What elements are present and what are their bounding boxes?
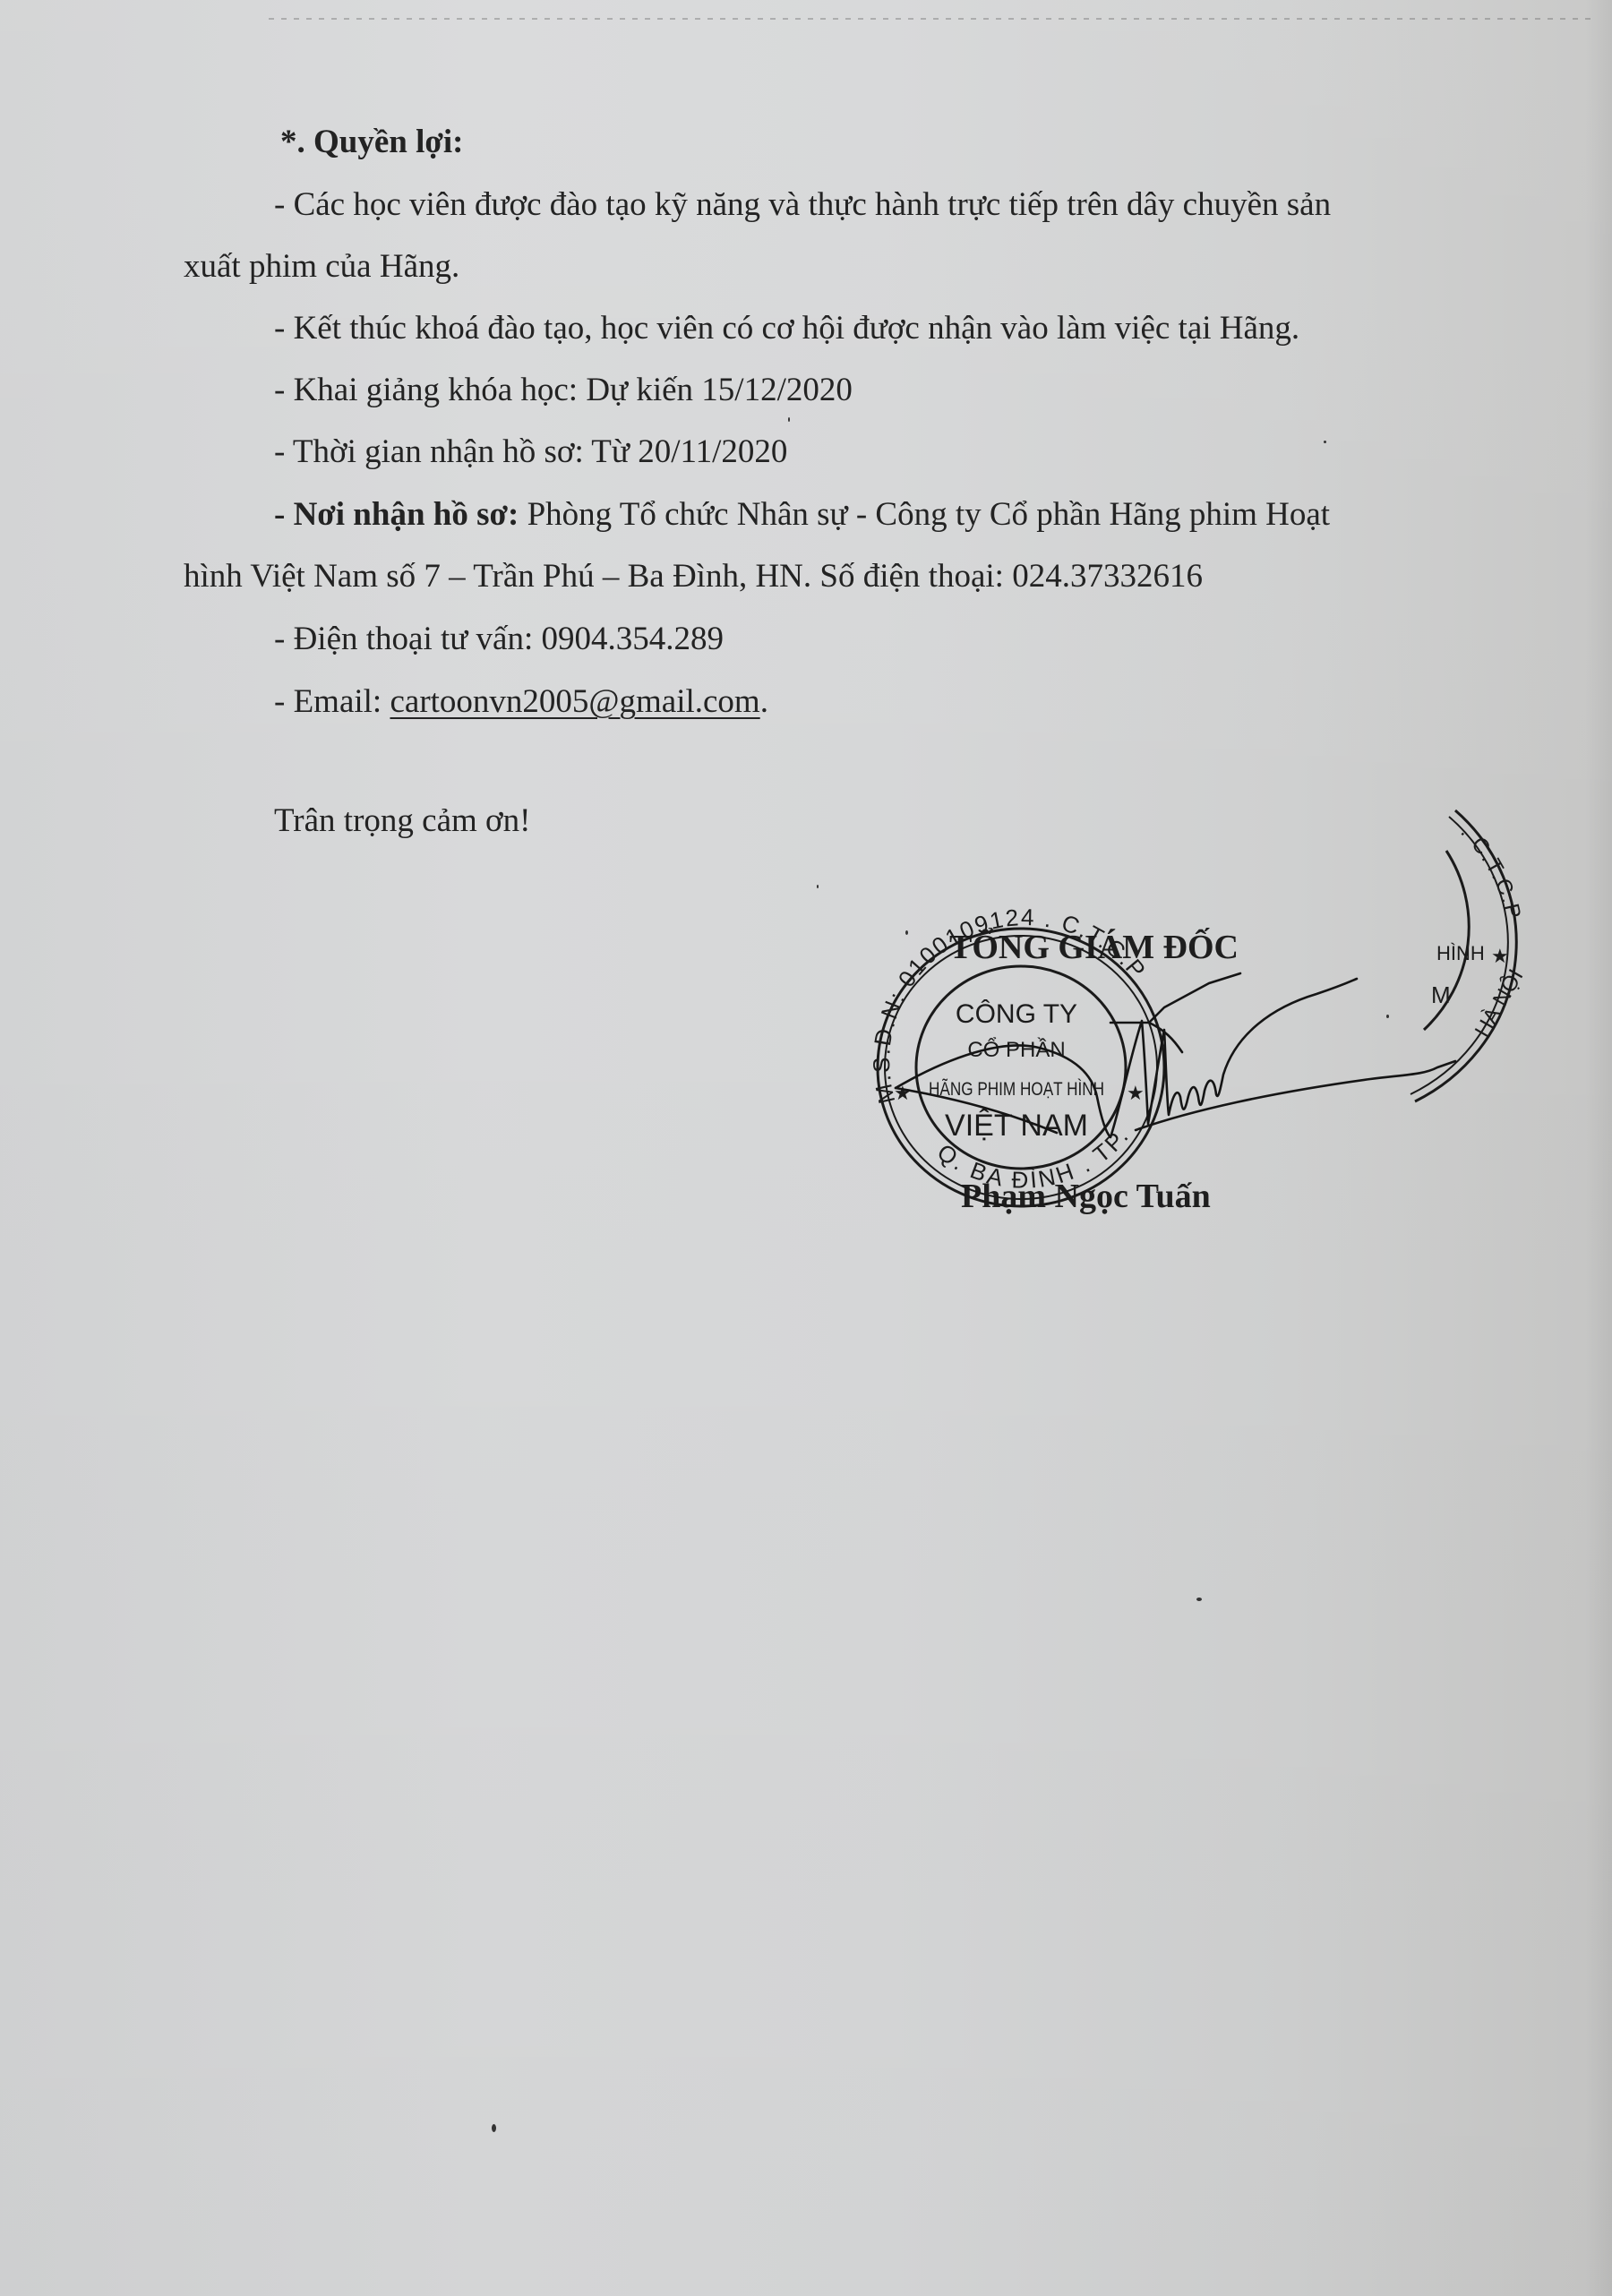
paper-speck <box>817 885 819 888</box>
paper-speck <box>1196 1598 1202 1601</box>
company-seal: M.S.D.N: 0100109124 . C.T.C.P Q. BA ĐÌNH… <box>0 0 1612 2296</box>
paper-speck <box>1386 1015 1389 1018</box>
paper-speck <box>788 417 790 422</box>
seal-center-line4: VIỆT NAM <box>945 1109 1088 1143</box>
seal-right-ring-text-2: HÀ NỘI <box>1470 964 1529 1041</box>
seal-center-line1: CÔNG TY <box>956 998 1077 1029</box>
paper-speck <box>492 2124 496 2132</box>
paper-speck <box>1324 441 1326 443</box>
seal-center-line3: HÃNG PHIM HOẠT HÌNH <box>929 1078 1104 1100</box>
paper-speck <box>905 930 908 935</box>
seal-right-star-icon: ★ <box>1491 945 1509 967</box>
seal-star-right-icon: ★ <box>1127 1082 1145 1104</box>
seal-right-fragment-2: M <box>1431 981 1451 1008</box>
seal-right-fragment-1: HÌNH <box>1436 942 1485 964</box>
